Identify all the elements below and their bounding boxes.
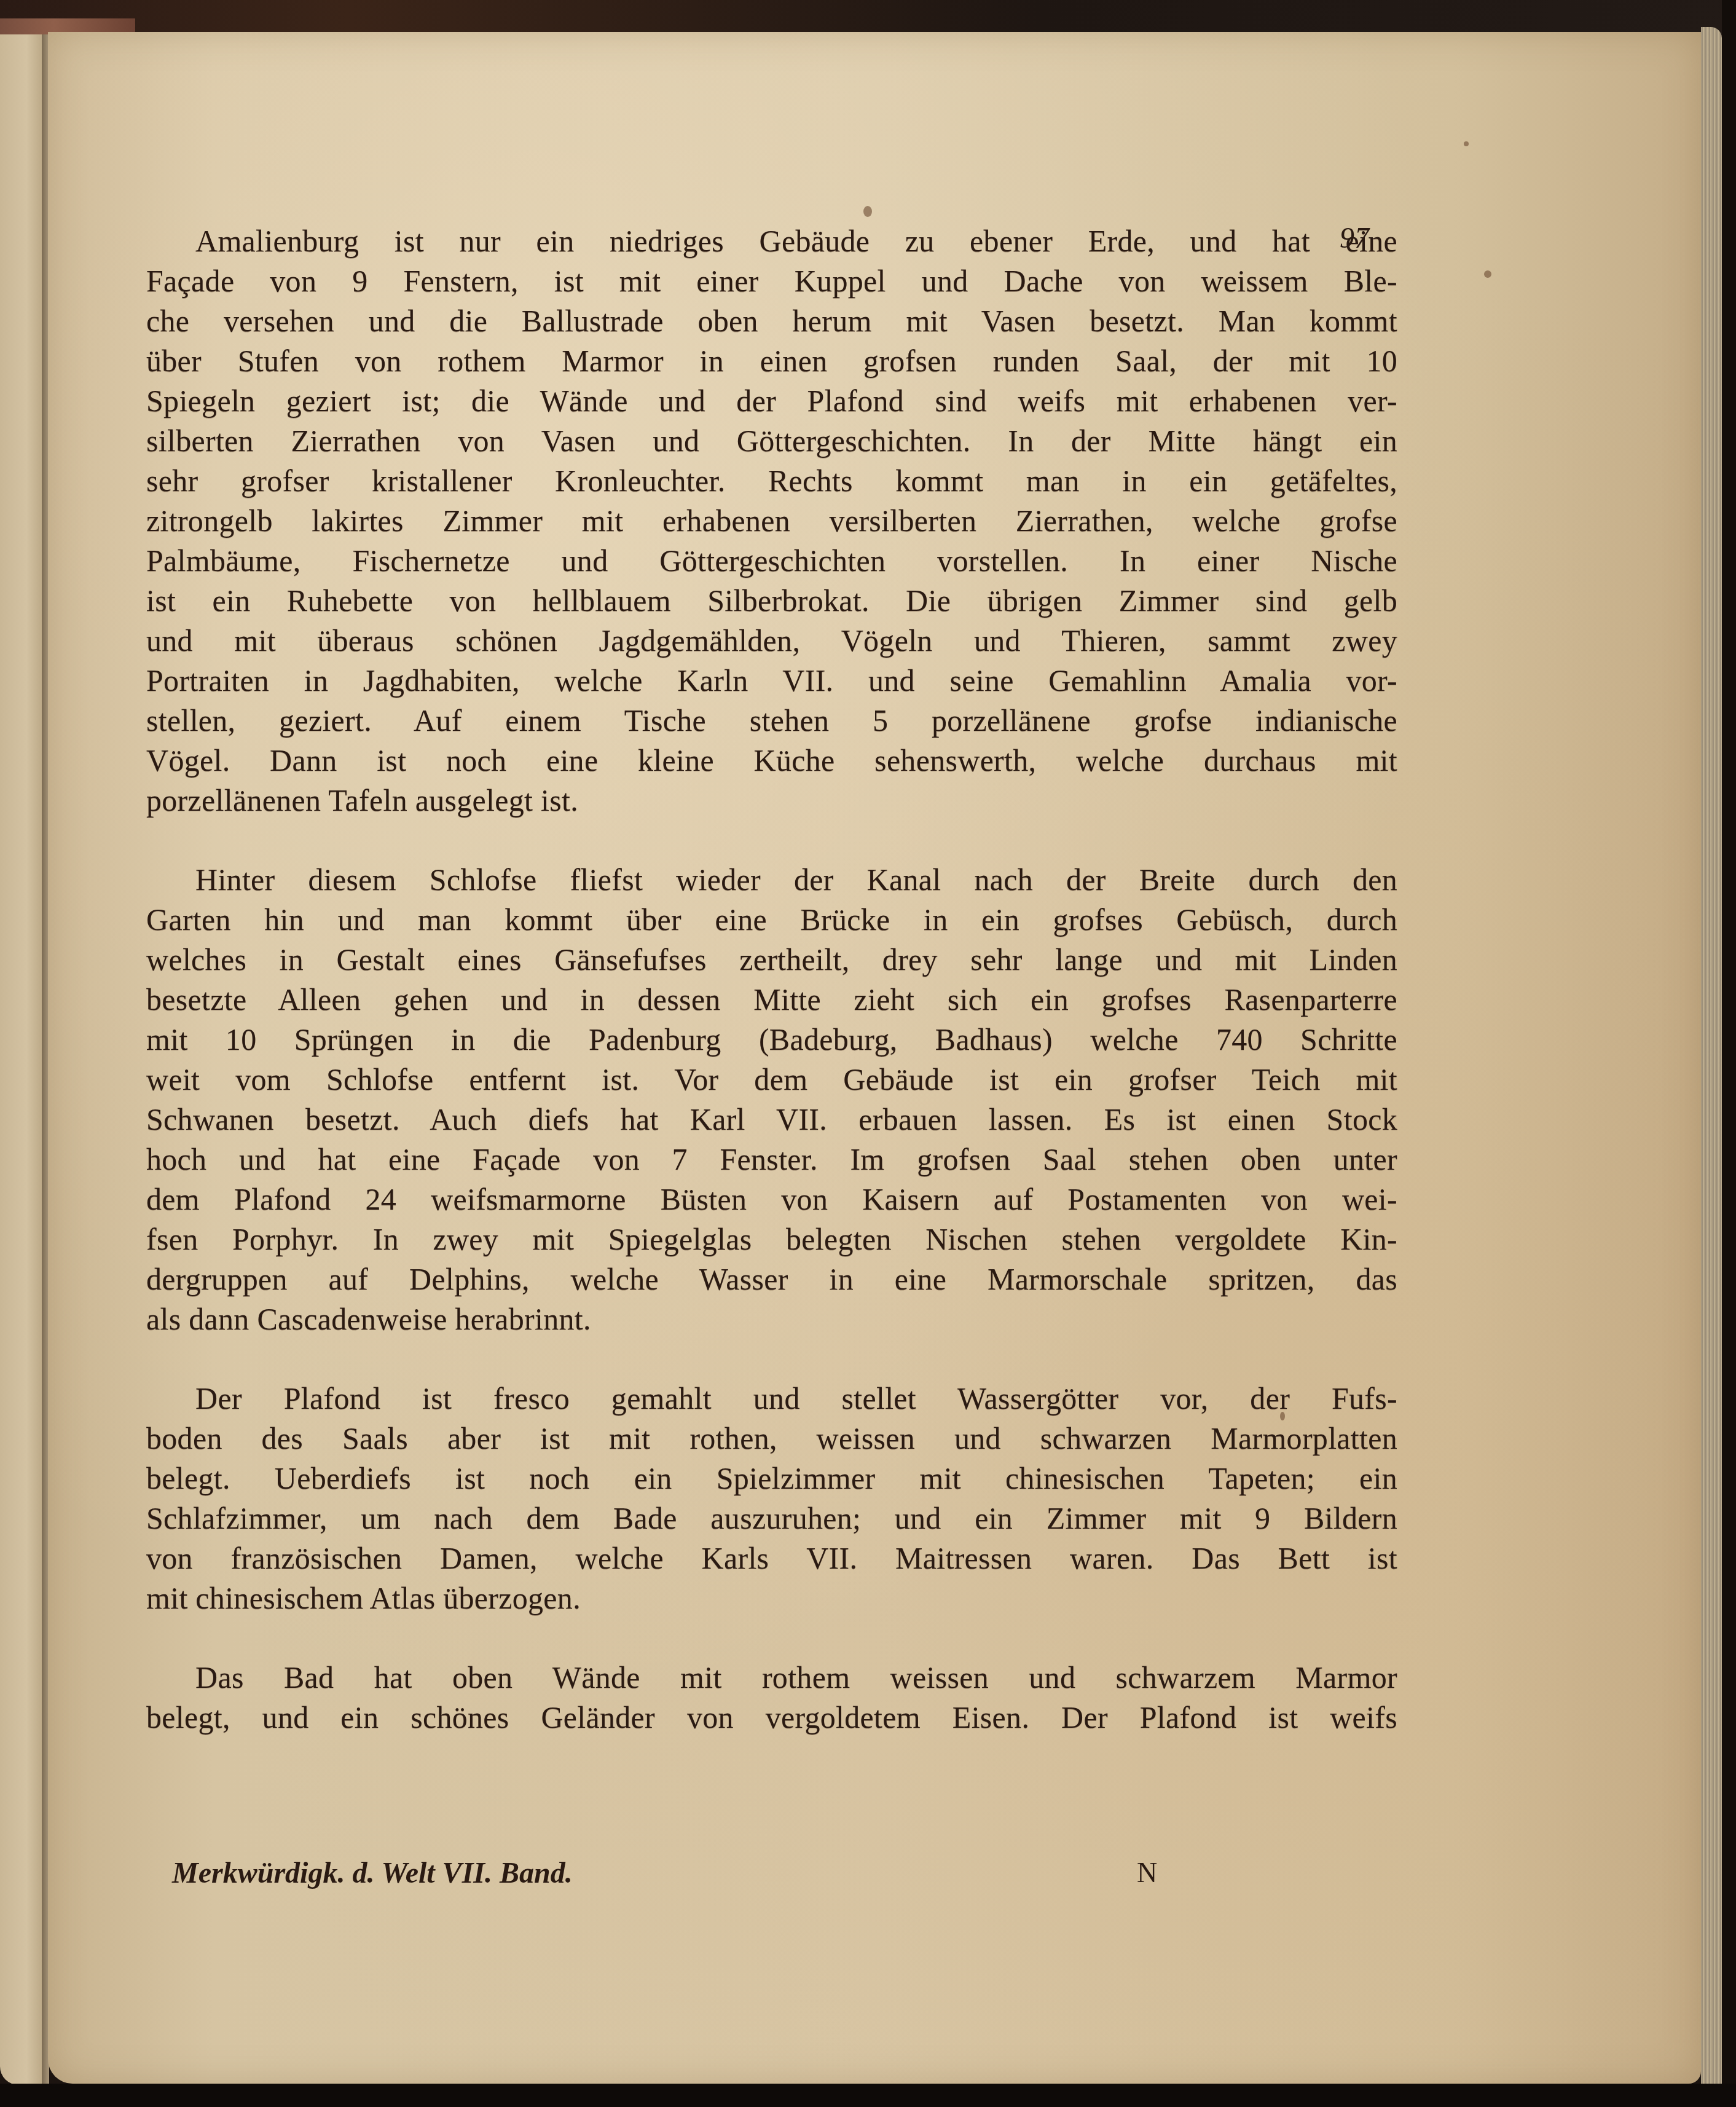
signature-mark: N — [1137, 1856, 1157, 1889]
text-line: fsen Porphyr. In zwey mit Spiegelglas be… — [146, 1219, 1397, 1259]
paragraph-bad: Das Bad hat oben Wände mit rothem weisse… — [146, 1658, 1397, 1738]
text-line: Amalienburg ist nur ein niedriges Gebäud… — [146, 221, 1397, 261]
text-line: zitrongelb lakirtes Zimmer mit erhabenen… — [146, 501, 1397, 541]
paragraph-badenburg: Hinter diesem Schlofse fliefst wieder de… — [146, 860, 1397, 1339]
text-line: dergruppen auf Delphins, welche Wasser i… — [146, 1259, 1397, 1299]
paper-speck — [1484, 270, 1491, 278]
facing-page-edge — [0, 34, 44, 2085]
text-line: besetzte Alleen gehen und in dessen Mitt… — [146, 980, 1397, 1020]
book-cover-top — [0, 0, 1736, 36]
text-line: Der Plafond ist fresco gemahlt und stell… — [146, 1379, 1397, 1419]
text-line: über Stufen von rothem Marmor in einen g… — [146, 341, 1397, 381]
text-line: und mit überaus schönen Jagdgemählden, V… — [146, 621, 1397, 661]
background-right — [1722, 0, 1736, 2107]
text-line: mit chinesischem Atlas überzogen. — [146, 1578, 1397, 1618]
text-line: dem Plafond 24 weifsmarmorne Büsten von … — [146, 1180, 1397, 1219]
text-line: Portraiten in Jagdhabiten, welche Karln … — [146, 661, 1397, 701]
page-footer: Merkwürdigk. d. Welt VII. Band. N — [172, 1856, 1155, 1890]
text-line: belegt, und ein schönes Geländer von ver… — [146, 1698, 1397, 1738]
paragraph-gap — [146, 1618, 1397, 1658]
text-line: belegt. Ueberdiefs ist noch ein Spielzim… — [146, 1459, 1397, 1499]
text-line: ist ein Ruhebette von hellblauem Silberb… — [146, 581, 1397, 621]
text-line: Vögel. Dann ist noch eine kleine Küche s… — [146, 741, 1397, 781]
text-line: Schlafzimmer, um nach dem Bade auszuruhe… — [146, 1499, 1397, 1538]
paragraph-plafond: Der Plafond ist fresco gemahlt und stell… — [146, 1379, 1397, 1618]
text-line: boden des Saals aber ist mit rothen, wei… — [146, 1419, 1397, 1459]
text-line: hoch und hat eine Façade von 7 Fenster. … — [146, 1140, 1397, 1180]
text-line: welches in Gestalt eines Gänsefufses zer… — [146, 940, 1397, 980]
text-line: Façade von 9 Fenstern, ist mit einer Kup… — [146, 261, 1397, 301]
text-line: che versehen und die Ballustrade oben he… — [146, 301, 1397, 341]
paragraph-gap — [146, 821, 1397, 860]
text-line: als dann Cascadenweise herabrinnt. — [146, 1299, 1397, 1339]
text-line: stellen, geziert. Auf einem Tische stehe… — [146, 701, 1397, 741]
paper-speck — [863, 206, 872, 217]
signature-title: Merkwürdigk. d. Welt VII. Band. — [172, 1857, 573, 1889]
text-line: weit vom Schlofse entfernt ist. Vor dem … — [146, 1060, 1397, 1100]
paragraph-gap — [146, 1339, 1397, 1379]
text-line: mit 10 Sprüngen in die Padenburg (Badebu… — [146, 1020, 1397, 1060]
background-bottom — [0, 2084, 1736, 2107]
text-line: Das Bad hat oben Wände mit rothem weisse… — [146, 1658, 1397, 1698]
page-stack-edges — [1701, 27, 1722, 2084]
text-line: von französischen Damen, welche Karls VI… — [146, 1538, 1397, 1578]
text-line: Garten hin und man kommt über eine Brück… — [146, 900, 1397, 940]
paper-speck — [1464, 141, 1469, 146]
text-line: sehr grofser kristallener Kronleuchter. … — [146, 461, 1397, 501]
text-line: Spiegeln geziert ist; die Wände und der … — [146, 381, 1397, 421]
text-line: Palmbäume, Fischernetze und Göttergeschi… — [146, 541, 1397, 581]
body-text: Amalienburg ist nur ein niedriges Gebäud… — [146, 221, 1397, 1738]
text-line: Hinter diesem Schlofse fliefst wieder de… — [146, 860, 1397, 900]
text-line: Schwanen besetzt. Auch diefs hat Karl VI… — [146, 1100, 1397, 1140]
text-line: porzellänenen Tafeln ausgelegt ist. — [146, 781, 1397, 821]
text-line: silberten Zierrathen von Vasen und Götte… — [146, 421, 1397, 461]
paragraph-amalienburg: Amalienburg ist nur ein niedriges Gebäud… — [146, 221, 1397, 821]
